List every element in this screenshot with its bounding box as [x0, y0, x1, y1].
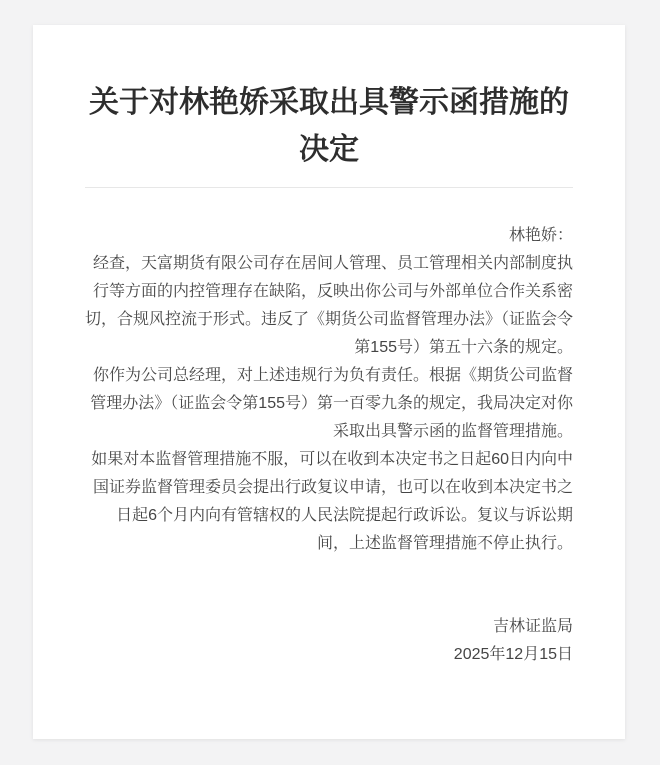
document-card: 关于对林艳娇采取出具警示函措施的决定 林艳娇： 经查，天富期货有限公司存在居间人… — [33, 25, 625, 739]
document-title: 关于对林艳娇采取出具警示函措施的决定 — [85, 79, 573, 173]
title-divider — [85, 187, 573, 188]
paragraph-appeal-rights: 如果对本监督管理措施不服，可以在收到本决定书之日起60日内向中国证券监督管理委员… — [85, 446, 573, 558]
signature-block: 吉林证监局 2025年12月15日 — [85, 613, 573, 669]
salutation: 林艳娇： — [85, 222, 573, 250]
signature-date: 2025年12月15日 — [85, 641, 573, 669]
paragraph-findings: 经查，天富期货有限公司存在居间人管理、员工管理相关内部制度执行等方面的内控管理存… — [85, 250, 573, 362]
signature-issuer: 吉林证监局 — [85, 613, 573, 641]
document-body: 林艳娇： 经查，天富期货有限公司存在居间人管理、员工管理相关内部制度执行等方面的… — [85, 222, 573, 669]
paragraph-decision: 你作为公司总经理，对上述违规行为负有责任。根据《期货公司监督管理办法》（证监会令… — [85, 362, 573, 446]
